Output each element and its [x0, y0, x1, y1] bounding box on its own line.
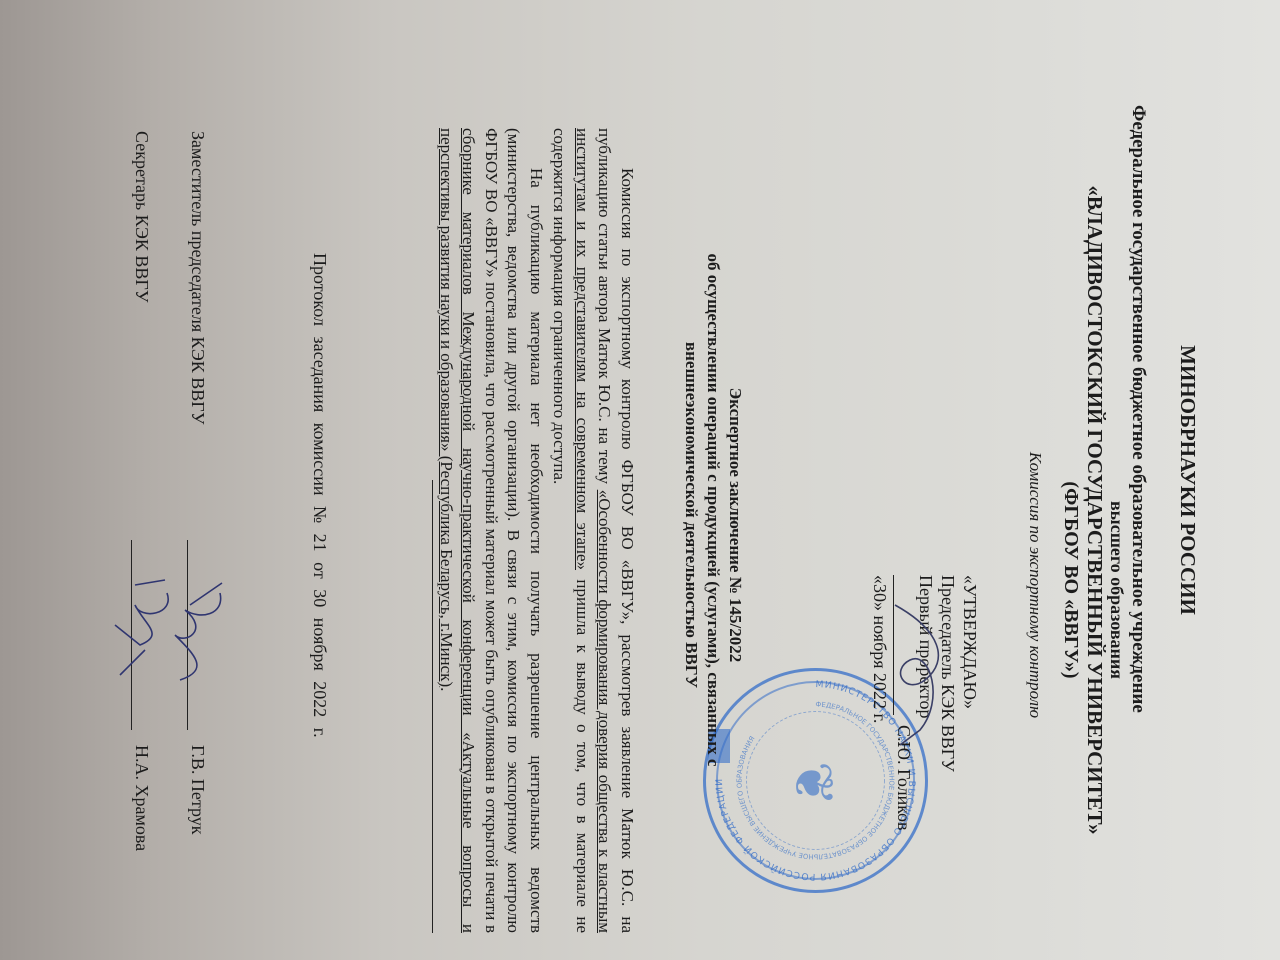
paragraph-1: Комиссия по экспортному контролю ФГБОУ В…	[548, 128, 638, 933]
conclusion-title: Экспертное заключение № 145/2022	[725, 0, 745, 960]
document-page: МИНОБРНАУКИ РОССИИ Федеральное государст…	[0, 0, 1280, 960]
approval-label: «УТВЕРЖДАЮ»	[959, 575, 980, 709]
deputy-chair-name: Г.В. Петрук	[187, 745, 208, 834]
eagle-emblem-icon: ❦	[780, 751, 845, 816]
svg-text:ФЕДЕРАЛЬНОЕ ГОСУДАРСТВЕННОЕ БЮ: ФЕДЕРАЛЬНОЕ ГОСУДАРСТВЕННОЕ БЮДЖЕТНОЕ ОБ…	[736, 700, 896, 860]
conclusion-subtitle: об осуществлении операций с продукцией (…	[703, 0, 723, 960]
university-short-name: (ФГБОУ ВО «ВВГУ»)	[1059, 0, 1082, 960]
secretary-name: Н.А. Храмова	[131, 745, 152, 851]
institution-level: высшего образования	[1106, 440, 1127, 740]
commission-name: Комиссия по экспортному контролю	[1025, 0, 1045, 960]
ministry-heading: МИНОБРНАУКИ РОССИИ	[1175, 0, 1200, 960]
conclusion-subtitle-2: внешнеэкономической деятельностью ВВГУ	[681, 0, 701, 960]
publication-venue: сборнике материалов Международной научно…	[437, 128, 479, 933]
deputy-chair-title: Заместитель председателя КЭК ВВГУ	[187, 131, 208, 424]
paragraph-end-rule	[432, 480, 433, 933]
university-name: «ВЛАДИВОСТОКСКИЙ ГОСУДАРСТВЕННЫЙ УНИВЕРС…	[1082, 0, 1107, 960]
approval-signature	[875, 600, 950, 750]
secretary-title: Секретарь КЭК ВВГУ	[131, 131, 152, 303]
protocol-reference: Протокол заседания комиссии № 21 от 30 н…	[309, 253, 330, 738]
secretary-signature	[100, 565, 175, 685]
institution-type: Федеральное государственное бюджетное об…	[1127, 105, 1149, 713]
paragraph-2: На публикацию материала нет необходимост…	[435, 128, 548, 933]
